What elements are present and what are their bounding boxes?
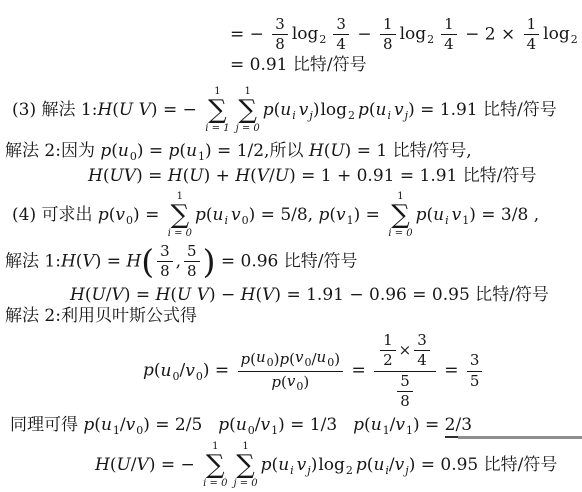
math-variable: U V xyxy=(177,285,209,305)
subscript-base: u xyxy=(376,100,387,120)
log-text: log xyxy=(292,24,319,44)
part3-solution2-line1: 解法 2:因为 p(u0) = p(u1) = 1/2,所以 H(U) = 1 … xyxy=(5,140,472,164)
fraction-denominator: 5 xyxy=(467,372,483,390)
math-variable: p xyxy=(263,100,274,120)
math-text: ) xyxy=(334,351,340,368)
log-operator: log2 xyxy=(400,24,435,44)
math-variable: V xyxy=(137,455,149,475)
fraction: 18 xyxy=(380,16,396,54)
math-text: ) = 1.91 比特/符号 xyxy=(408,100,557,120)
sum-lower-limit: i = 0 xyxy=(203,479,227,489)
fraction-denominator: 8 xyxy=(157,262,173,280)
math-text: × xyxy=(399,342,412,359)
fraction: 34 xyxy=(414,332,430,370)
fraction-denominator: 4 xyxy=(524,35,540,53)
math-variable-subscripted: u1 xyxy=(101,415,120,435)
subscript: 1 xyxy=(347,214,354,228)
big-paren: ( xyxy=(141,248,154,276)
subscript: i xyxy=(445,214,449,228)
sum-lower-limit: i = 1 xyxy=(205,124,229,134)
fraction: 58 xyxy=(184,243,200,281)
summation: 1∑i = 0 xyxy=(168,192,192,239)
math-text: ) = 1 比特/符号, xyxy=(345,141,472,161)
math-variable-subscripted: vj xyxy=(297,455,311,475)
subscript-base: v xyxy=(231,205,241,225)
math-text: ( xyxy=(154,361,161,381)
log-base: 2 xyxy=(571,33,578,47)
math-variable-subscripted: v0 xyxy=(295,349,311,370)
fraction-numerator: 3 xyxy=(467,352,483,371)
sum-lower-limit: j = 0 xyxy=(236,124,260,134)
math-variable: H xyxy=(95,455,110,475)
subscript-base: u xyxy=(278,455,289,475)
subscript-base: v xyxy=(297,455,307,475)
summation: 1∑j = 0 xyxy=(236,87,260,134)
math-text: ) xyxy=(313,100,320,120)
underlined-value: 2/3 xyxy=(445,415,472,438)
math-text: ( xyxy=(111,141,118,161)
math-variable-subscripted: v0 xyxy=(231,205,249,225)
log-base: 2 xyxy=(427,33,434,47)
math-variable: p xyxy=(416,205,427,225)
subscript-base: u xyxy=(280,100,291,120)
similar-results-line: 同理可得 p(u1/v0) = 2/5p(u0/v1) = 1/3p(u1/v1… xyxy=(10,414,472,438)
math-text: ) = 1/2,所以 xyxy=(205,141,309,161)
fraction-denominator: 2 xyxy=(380,351,396,369)
document-page: = − 38log234 − 18log214 − 2 × 14log212= … xyxy=(0,0,582,492)
fraction-numerator: 1 xyxy=(380,16,396,35)
fraction-denominator: 8 xyxy=(397,392,413,410)
subscript-base: u xyxy=(373,455,384,475)
math-text: ( xyxy=(94,415,101,435)
math-text: ( xyxy=(369,100,376,120)
math-variable-subscripted: v0 xyxy=(185,361,203,381)
math-variable: p xyxy=(169,141,180,161)
math-variable-subscripted: vj xyxy=(394,100,408,120)
summation: 1∑i = 1 xyxy=(205,87,229,134)
fraction-denominator: p(v0) xyxy=(268,372,312,394)
log-text: log xyxy=(543,24,570,44)
fraction-numerator: 3 xyxy=(414,332,430,351)
math-variable-subscripted: u0 xyxy=(118,141,137,161)
math-variable-subscripted: v1 xyxy=(395,415,413,435)
math-text: ) = xyxy=(95,251,127,271)
subscript-base: u xyxy=(256,348,266,366)
log-operator: log2 xyxy=(543,24,578,44)
math-variable-subscripted: v1 xyxy=(336,205,354,225)
sigma-icon: ∑ xyxy=(238,97,257,123)
subscript-base: u xyxy=(118,141,129,161)
log-text: log xyxy=(320,100,347,120)
fraction-denominator: 8 xyxy=(272,35,288,53)
math-variable: H xyxy=(70,285,85,305)
math-variable: p xyxy=(353,415,364,435)
summation: 1∑i = 0 xyxy=(388,192,412,239)
math-variable: p xyxy=(280,351,290,368)
subscript-base: v xyxy=(126,415,136,435)
math-variable: p xyxy=(143,361,154,381)
math-text: 解法 2:利用贝叶斯公式得 xyxy=(5,306,197,326)
math-variable-subscripted: ui xyxy=(278,455,293,475)
fraction-denominator: 4 xyxy=(414,351,430,369)
subscript-base: u xyxy=(317,348,327,366)
math-variable: p xyxy=(83,415,94,435)
math-text: ( xyxy=(364,415,371,435)
subscript: 0 xyxy=(304,357,311,370)
math-variable: p xyxy=(356,455,367,475)
math-text: ( xyxy=(170,285,177,305)
subscript-base: u xyxy=(433,205,444,225)
subscript-base: u xyxy=(161,361,172,381)
math-text: − 2 × xyxy=(460,24,521,44)
math-variable: H xyxy=(235,166,250,186)
math-variable-subscripted: ui xyxy=(280,100,295,120)
math-variable: V xyxy=(262,285,274,305)
math-variable-subscripted: v0 xyxy=(287,373,303,394)
trailing-rule xyxy=(458,436,582,439)
math-variable: H xyxy=(126,251,141,271)
sum-lower-limit: i = 0 xyxy=(168,229,192,239)
math-variable: V xyxy=(257,166,269,186)
math-text: ) = 1.91 − 0.96 = 0.95 比特/符号 xyxy=(274,285,548,305)
math-variable: H xyxy=(168,166,183,186)
math-variable: p xyxy=(98,205,109,225)
subscript: 0 xyxy=(296,381,303,394)
math-text: ( xyxy=(206,205,213,225)
log-text: log xyxy=(318,455,345,475)
subscript: 1 xyxy=(406,424,413,438)
fraction-denominator: 58 xyxy=(391,372,419,411)
formula-result-line: = 0.91 比特/符号 xyxy=(230,54,367,76)
math-text: 同理可得 xyxy=(10,415,83,435)
math-text: ) + xyxy=(204,166,236,186)
math-variable-subscripted: ui xyxy=(376,100,391,120)
math-text: , xyxy=(176,251,181,271)
fraction-denominator: 8 xyxy=(184,262,200,280)
fraction-numerator: 3 xyxy=(272,16,288,35)
math-text: (3) 解法 1: xyxy=(12,100,97,120)
fraction: 58 xyxy=(397,373,413,411)
math-text: ) = − xyxy=(149,455,200,475)
summation: 1∑i = 0 xyxy=(203,442,227,489)
fraction-numerator: 3 xyxy=(157,243,173,262)
math-text: 解法 1: xyxy=(5,251,61,271)
fraction-numerator: 1 xyxy=(380,332,396,351)
part4-solution1-line1: 解法 1:H(V) = H(38,58) = 0.96 比特/符号 xyxy=(5,243,358,281)
math-text: ) = − xyxy=(151,100,202,120)
math-variable: U xyxy=(91,285,105,305)
big-paren: ) xyxy=(203,248,216,276)
math-text: ) = xyxy=(133,205,165,225)
subscript: 0 xyxy=(248,424,255,438)
summation: 1∑j = 0 xyxy=(233,442,257,489)
math-variable-subscripted: ui xyxy=(213,205,228,225)
fraction: p(u0)p(v0/u0)p(v0) xyxy=(238,349,344,393)
math-text: ) = xyxy=(354,205,386,225)
math-text: − xyxy=(352,24,377,44)
math-variable: p xyxy=(100,141,111,161)
math-text: ) = 3/8 , xyxy=(469,205,539,225)
subscript: 1 xyxy=(383,424,390,438)
part3-solution2-line2: H(UV) = H(U) + H(V/U) = 1 + 0.91 = 1.91 … xyxy=(88,165,537,187)
math-variable-subscripted: v0 xyxy=(115,205,133,225)
subscript-base: v xyxy=(295,348,303,366)
math-variable: U xyxy=(189,166,203,186)
math-variable-subscripted: u1 xyxy=(186,141,205,161)
sum-lower-limit: j = 0 xyxy=(233,479,257,489)
math-text: ) = xyxy=(137,141,169,161)
math-text: = 0.96 比特/符号 xyxy=(215,251,357,271)
math-text: 解法 2:因为 xyxy=(5,141,100,161)
subscript-base: v xyxy=(452,205,462,225)
math-variable: V xyxy=(112,285,124,305)
part4-solution1-line2: H(U/V) = H(U V) − H(V) = 1.91 − 0.96 = 0… xyxy=(70,284,549,306)
subscript: 1 xyxy=(198,150,205,164)
fraction: 12 × 3458 xyxy=(374,332,436,410)
math-variable: U xyxy=(275,166,289,186)
subscript-base: v xyxy=(287,372,295,390)
math-text: = xyxy=(346,361,371,381)
math-variable: p xyxy=(271,374,281,391)
math-text: ( xyxy=(229,415,236,435)
subscript: 0 xyxy=(126,214,133,228)
math-variable-subscripted: vj xyxy=(299,100,313,120)
math-variable-subscripted: u0 xyxy=(236,415,255,435)
math-text: ( xyxy=(250,166,257,186)
fraction: 35 xyxy=(467,352,483,390)
subscript-base: u xyxy=(186,141,197,161)
fraction-numerator: p(u0)p(v0/u0) xyxy=(238,349,344,372)
formula-continuation-line: = − 38log234 − 18log214 − 2 × 14log212 xyxy=(230,16,582,54)
bayes-formula-line: p(u0/v0) = p(u0)p(v0/u0)p(v0) = 12 × 345… xyxy=(143,332,485,410)
math-variable: p xyxy=(261,455,272,475)
math-text: (4) 可求出 xyxy=(12,205,98,225)
sigma-icon: ∑ xyxy=(208,97,227,123)
math-text: ) − xyxy=(209,285,241,305)
fraction-denominator: 8 xyxy=(380,35,396,53)
math-variable-subscripted: u0 xyxy=(317,349,335,370)
math-variable-subscripted: v1 xyxy=(452,205,470,225)
math-text: ( xyxy=(112,100,119,120)
subscript: 0 xyxy=(130,150,137,164)
subscript: 0 xyxy=(267,357,274,370)
sigma-icon: ∑ xyxy=(236,452,255,478)
fraction-numerator: 5 xyxy=(397,373,413,392)
fraction-denominator: 4 xyxy=(441,35,457,53)
math-variable: p xyxy=(241,351,251,368)
log-base: 2 xyxy=(319,33,326,47)
fraction: 14 xyxy=(524,16,540,54)
math-variable: p xyxy=(319,205,330,225)
fraction: 14 xyxy=(441,16,457,54)
math-text: ) = xyxy=(413,415,445,435)
math-text: ) = 2/5 xyxy=(143,415,202,435)
subscript: i xyxy=(388,109,392,123)
math-variable-subscripted: ui xyxy=(433,205,448,225)
sigma-icon: ∑ xyxy=(171,202,190,228)
subscript-base: v xyxy=(395,415,405,435)
sigma-icon: ∑ xyxy=(206,452,225,478)
math-variable-subscripted: u0 xyxy=(161,361,180,381)
math-variable: V xyxy=(82,251,94,271)
fraction-numerator: 12 × 34 xyxy=(374,332,436,372)
log-operator: log2 xyxy=(292,24,327,44)
math-text: ) = xyxy=(136,166,168,186)
math-variable-subscripted: vj xyxy=(395,455,409,475)
log-base: 2 xyxy=(346,464,353,478)
subscript-base: v xyxy=(185,361,195,381)
math-variable-subscripted: ui xyxy=(373,455,388,475)
math-variable: H xyxy=(97,100,112,120)
math-text: = − xyxy=(230,24,269,44)
math-variable: p xyxy=(218,415,229,435)
math-text: ) = 0.95 比特/符号 xyxy=(409,455,558,475)
math-variable: p xyxy=(358,100,369,120)
math-text: ) xyxy=(311,455,318,475)
subscript-base: v xyxy=(394,100,404,120)
fraction: 38 xyxy=(157,243,173,281)
subscript: 0 xyxy=(327,357,334,370)
sigma-icon: ∑ xyxy=(391,202,410,228)
log-operator: log2 xyxy=(320,100,355,120)
subscript: i xyxy=(292,109,296,123)
subscript-base: u xyxy=(213,205,224,225)
math-variable: U V xyxy=(119,100,151,120)
math-text: ) = xyxy=(124,285,156,305)
fraction-numerator: 3 xyxy=(333,16,349,35)
subscript-base: v xyxy=(395,455,405,475)
fraction: 12 xyxy=(380,332,396,370)
math-variable: U xyxy=(330,141,344,161)
subscript: 0 xyxy=(196,370,203,384)
subscript-base: u xyxy=(371,415,382,435)
subscript-base: u xyxy=(101,415,112,435)
conditional-entropy-line: H(U/V) = − 1∑i = 01∑j = 0p(uivj)log2p(ui… xyxy=(95,442,557,489)
math-variable-subscripted: v0 xyxy=(126,415,144,435)
part4-marginals-line: (4) 可求出 p(v0) = 1∑i = 0p(uiv0) = 5/8, p(… xyxy=(12,192,539,239)
log-operator: log2 xyxy=(318,455,353,475)
fraction-denominator: 4 xyxy=(333,35,349,53)
subscript-base: u xyxy=(236,415,247,435)
subscript-base: v xyxy=(336,205,346,225)
math-variable: UV xyxy=(109,166,136,186)
subscript-base: v xyxy=(299,100,309,120)
log-base: 2 xyxy=(348,109,355,123)
math-variable: H xyxy=(61,251,76,271)
subscript: 1 xyxy=(113,424,120,438)
math-text: ) = xyxy=(203,361,235,381)
math-variable: H xyxy=(309,141,324,161)
math-text: ) = 5/8, xyxy=(249,205,319,225)
subscript: i xyxy=(225,214,229,228)
fraction: 38 xyxy=(272,16,288,54)
part4-solution2-header: 解法 2:利用贝叶斯公式得 xyxy=(5,305,197,327)
math-text: = 0.91 比特/符号 xyxy=(230,55,367,75)
subscript: 0 xyxy=(242,214,249,228)
math-variable: H xyxy=(156,285,171,305)
fraction-numerator: 5 xyxy=(184,243,200,262)
math-variable: H xyxy=(88,166,103,186)
math-variable-subscripted: u1 xyxy=(371,415,390,435)
math-text: = xyxy=(439,361,464,381)
part3-solution1-line: (3) 解法 1:H(U V) = − 1∑i = 11∑j = 0p(uivj… xyxy=(12,87,557,134)
fraction-numerator: 1 xyxy=(524,16,540,35)
math-variable: H xyxy=(241,285,256,305)
sum-lower-limit: i = 0 xyxy=(388,229,412,239)
math-text: ) = 1 + 0.91 = 1.91 比特/符号 xyxy=(289,166,536,186)
math-text: ) xyxy=(303,374,309,391)
subscript-base: v xyxy=(261,415,271,435)
fraction-numerator: 1 xyxy=(441,16,457,35)
subscript-base: v xyxy=(115,205,125,225)
math-variable-subscripted: v1 xyxy=(261,415,279,435)
subscript: i xyxy=(290,464,294,478)
log-text: log xyxy=(400,24,427,44)
math-text: ) = 1/3 xyxy=(278,415,337,435)
math-variable: U xyxy=(116,455,130,475)
math-variable: p xyxy=(195,205,206,225)
math-variable-subscripted: u0 xyxy=(256,349,274,370)
fraction: 34 xyxy=(333,16,349,54)
